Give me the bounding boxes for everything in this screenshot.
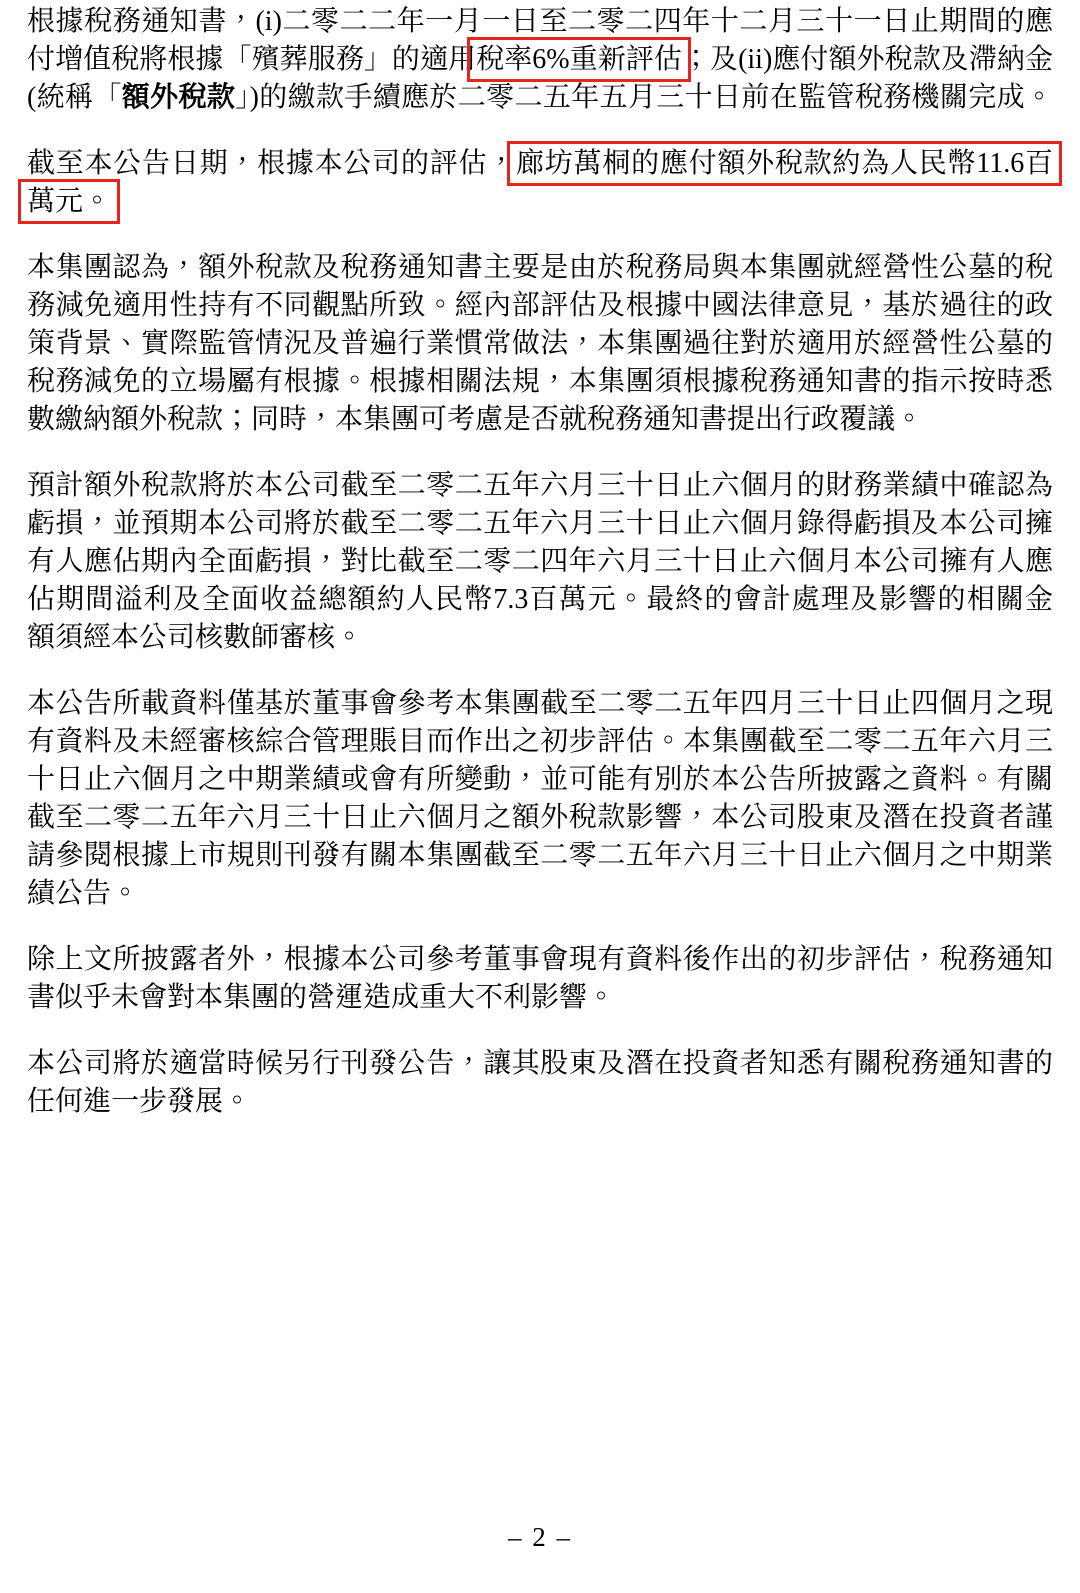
- text-line: 截至本公告日期，根據本公司的評估，廊坊萬桐的應付額外稅款約為人民幣11.6百: [27, 145, 1053, 183]
- para-additional-tax-amount: 截至本公告日期，根據本公司的評估，廊坊萬桐的應付額外稅款約為人民幣11.6百萬元…: [27, 145, 1053, 221]
- text-segment: 務減免適用性持有不同觀點所致。經內部評估及根據中國法律意見，基於過往的政: [27, 290, 1053, 321]
- announcement-page: 根據稅務通知書，(i)二零二二年一月一日至二零二四年十二月三十一日止期間的應付增…: [0, 0, 1080, 1593]
- text-line: 本公司將於適當時候另行刊發公告，讓其股東及潛在投資者知悉有關稅務通知書的: [27, 1045, 1053, 1083]
- text-segment: 數繳納額外稅款；同時，本集團可考慮是否就稅務通知書提出行政覆議。: [27, 404, 923, 435]
- text-line: 務減免適用性持有不同觀點所致。經內部評估及根據中國法律意見，基於過往的政: [27, 287, 1053, 325]
- text-segment: 付增值稅將根據「殯葬服務」的適用: [27, 44, 476, 75]
- text-segment: 策背景、實際監管情況及普遍行業慣常做法，本集團過往對於適用於經營性公墓的: [27, 328, 1053, 359]
- para-tax-notice-requirements: 根據稅務通知書，(i)二零二二年一月一日至二零二四年十二月三十一日止期間的應付增…: [27, 3, 1053, 117]
- text-segment: 除上文所披露者外，根據本公司參考董事會現有資料後作出的初步評估，稅務通知: [27, 944, 1053, 975]
- text-segment: 書似乎未會對本集團的營運造成重大不利影響。: [27, 982, 615, 1013]
- text-segment: 額須經本公司核數師審核。: [27, 622, 363, 653]
- text-segment: 請參閱根據上市規則刊發有關本集團截至二零二五年六月三十日止六個月之中期業: [27, 840, 1053, 871]
- text-line: 根據稅務通知書，(i)二零二二年一月一日至二零二四年十二月三十一日止期間的應: [27, 3, 1053, 41]
- text-line: 有資料及未經審核綜合管理賬目而作出之初步評估。本集團截至二零二五年六月三: [27, 723, 1053, 761]
- text-segment: 預計額外稅款將於本公司截至二零二五年六月三十日止六個月的財務業績中確認為: [27, 470, 1053, 501]
- text-line: 策背景、實際監管情況及普遍行業慣常做法，本集團過往對於適用於經營性公墓的: [27, 325, 1053, 363]
- text-line: 有人應佔期內全面虧損，對比截至二零二四年六月三十日止六個月本公司擁有人應: [27, 543, 1053, 581]
- text-line: 除上文所披露者外，根據本公司參考董事會現有資料後作出的初步評估，稅務通知: [27, 941, 1053, 979]
- text-line: 額須經本公司核數師審核。: [27, 619, 1053, 657]
- text-segment: 虧損，並預期本公司將於截至二零二五年六月三十日止六個月錄得虧損及本公司擁: [27, 508, 1053, 539]
- highlight-box: 萬元。: [18, 179, 120, 224]
- text-line: 虧損，並預期本公司將於截至二零二五年六月三十日止六個月錄得虧損及本公司擁: [27, 505, 1053, 543]
- text-segment: (統稱「: [27, 82, 122, 113]
- para-preliminary-assessment-basis: 本公告所載資料僅基於董事會參考本集團截至二零二五年四月三十日止四個月之現有資料及…: [27, 685, 1053, 913]
- text-line: 付增值稅將根據「殯葬服務」的適用稅率6%重新評估；及(ii)應付額外稅款及滯納金: [27, 41, 1053, 79]
- para-no-material-adverse-impact: 除上文所披露者外，根據本公司參考董事會現有資料後作出的初步評估，稅務通知書似乎未…: [27, 941, 1053, 1017]
- bold-text-segment: 額外稅款: [122, 82, 235, 113]
- page-number: – 2 –: [0, 1521, 1080, 1553]
- para-further-announcements: 本公司將於適當時候另行刊發公告，讓其股東及潛在投資者知悉有關稅務通知書的任何進一…: [27, 1045, 1053, 1121]
- text-line: 截至二零二五年六月三十日止六個月之額外稅款影響，本公司股東及潛在投資者謹: [27, 799, 1053, 837]
- text-line: 數繳納額外稅款；同時，本集團可考慮是否就稅務通知書提出行政覆議。: [27, 401, 1053, 439]
- text-line: (統稱「額外稅款」)的繳款手續應於二零二五年五月三十日前在監管稅務機關完成。: [27, 79, 1053, 117]
- text-segment: 有人應佔期內全面虧損，對比截至二零二四年六月三十日止六個月本公司擁有人應: [27, 546, 1053, 577]
- text-line: 預計額外稅款將於本公司截至二零二五年六月三十日止六個月的財務業績中確認為: [27, 467, 1053, 505]
- text-segment: 有資料及未經審核綜合管理賬目而作出之初步評估。本集團截至二零二五年六月三: [27, 726, 1053, 757]
- text-line: 萬元。: [27, 183, 1053, 221]
- text-segment: 稅務減免的立場屬有根據。根據相關法規，本集團須根據稅務通知書的指示按時悉: [27, 366, 1053, 397]
- text-line: 稅務減免的立場屬有根據。根據相關法規，本集團須根據稅務通知書的指示按時悉: [27, 363, 1053, 401]
- highlight-box: 稅率6%重新評估: [467, 37, 691, 82]
- para-financial-impact: 預計額外稅款將於本公司截至二零二五年六月三十日止六個月的財務業績中確認為虧損，並…: [27, 467, 1053, 657]
- text-line: 請參閱根據上市規則刊發有關本集團截至二零二五年六月三十日止六個月之中期業: [27, 837, 1053, 875]
- text-line: 十日止六個月之中期業績或會有所變動，並可能有別於本公告所披露之資料。有關: [27, 761, 1053, 799]
- text-segment: 十日止六個月之中期業績或會有所變動，並可能有別於本公告所披露之資料。有關: [27, 764, 1053, 795]
- text-segment: 」)的繳款手續應於二零二五年五月三十日前在監管稅務機關完成。: [235, 82, 1053, 113]
- text-segment: 績公告。: [27, 878, 139, 909]
- text-line: 書似乎未會對本集團的營運造成重大不利影響。: [27, 979, 1053, 1017]
- text-line: 本集團認為，額外稅款及稅務通知書主要是由於稅務局與本集團就經營性公墓的稅: [27, 249, 1053, 287]
- text-segment: 本公告所載資料僅基於董事會參考本集團截至二零二五年四月三十日止四個月之現: [27, 688, 1053, 719]
- text-line: 本公告所載資料僅基於董事會參考本集團截至二零二五年四月三十日止四個月之現: [27, 685, 1053, 723]
- text-segment: 佔期間溢利及全面收益總額約人民幣7.3百萬元。最終的會計處理及影響的相關金: [27, 584, 1053, 615]
- text-segment: 本集團認為，額外稅款及稅務通知書主要是由於稅務局與本集團就經營性公墓的稅: [27, 252, 1053, 283]
- highlight-box: 廊坊萬桐的應付額外稅款約為人民幣11.6百: [507, 141, 1062, 186]
- text-line: 佔期間溢利及全面收益總額約人民幣7.3百萬元。最終的會計處理及影響的相關金: [27, 581, 1053, 619]
- text-line: 績公告。: [27, 875, 1053, 913]
- text-line: 任何進一步發展。: [27, 1083, 1053, 1121]
- document-body: 根據稅務通知書，(i)二零二二年一月一日至二零二四年十二月三十一日止期間的應付增…: [27, 3, 1053, 1149]
- text-segment: 截至本公告日期，根據本公司的評估，: [27, 148, 516, 179]
- text-segment: ；及(ii)應付額外稅款及滯納金: [682, 44, 1053, 75]
- text-segment: 根據稅務通知書，(i)二零二二年一月一日至二零二四年十二月三十一日止期間的應: [27, 6, 1053, 37]
- text-segment: 截至二零二五年六月三十日止六個月之額外稅款影響，本公司股東及潛在投資者謹: [27, 802, 1053, 833]
- para-group-view-on-tax-notice: 本集團認為，額外稅款及稅務通知書主要是由於稅務局與本集團就經營性公墓的稅務減免適…: [27, 249, 1053, 439]
- text-segment: 本公司將於適當時候另行刊發公告，讓其股東及潛在投資者知悉有關稅務通知書的: [27, 1048, 1053, 1079]
- text-segment: 任何進一步發展。: [27, 1086, 251, 1117]
